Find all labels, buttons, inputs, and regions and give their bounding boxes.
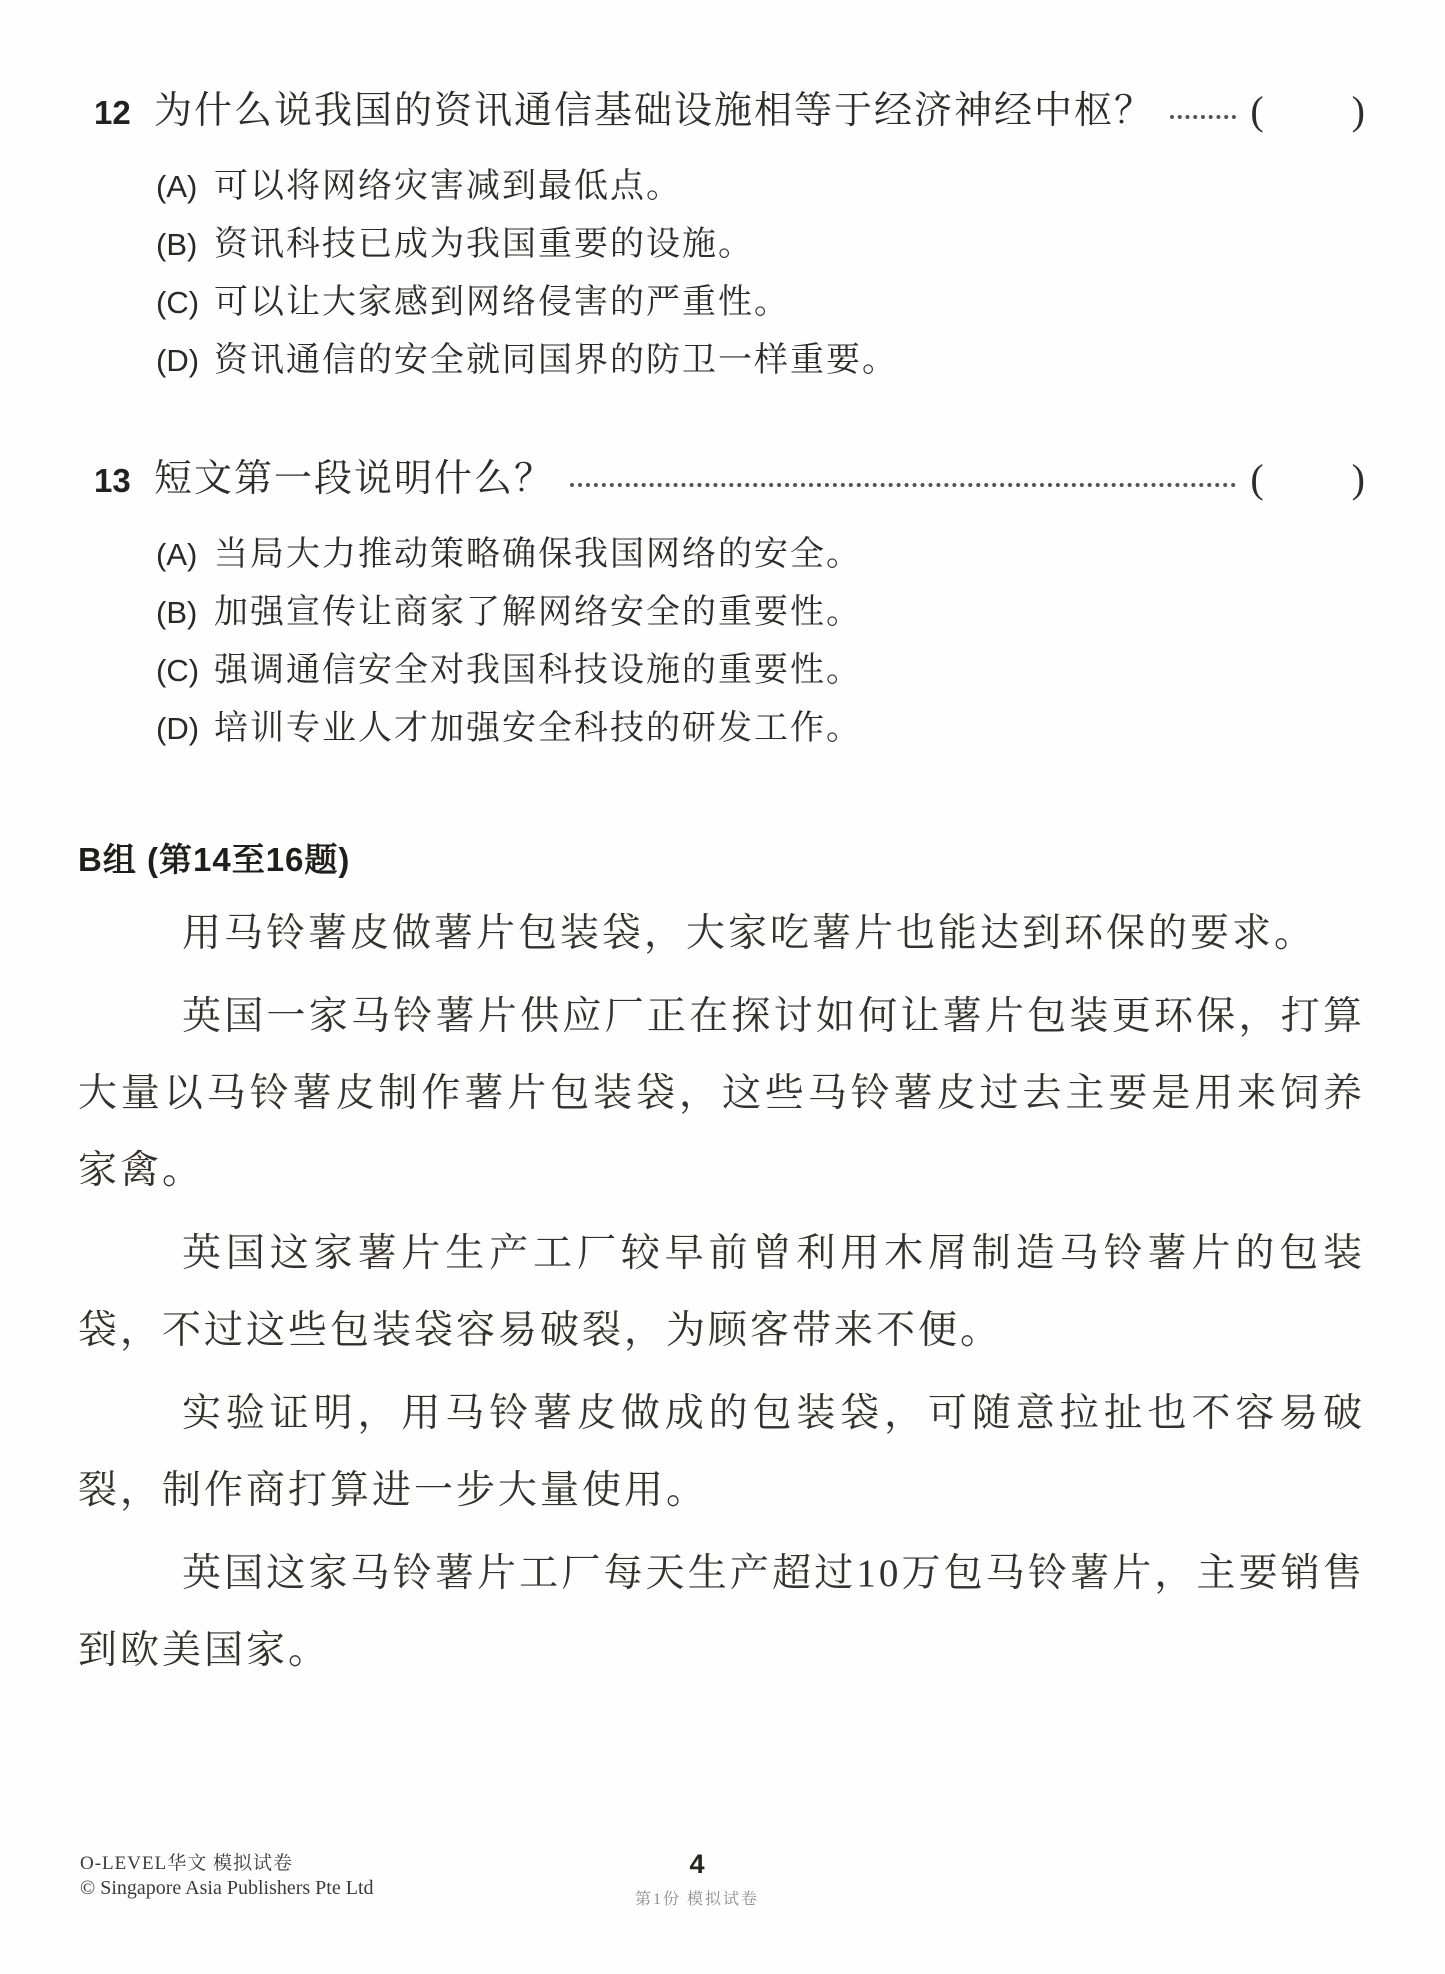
option-text: 强调通信安全对我国科技设施的重要性。	[214, 648, 862, 694]
option-row: (C) 强调通信安全对我国科技设施的重要性。	[156, 648, 1365, 694]
option-text: 培训专业人才加强安全科技的研发工作。	[214, 706, 862, 752]
option-label: (B)	[156, 222, 214, 268]
option-row: (C) 可以让大家感到网络侵害的严重性。	[156, 280, 1365, 326]
option-label: (A)	[156, 164, 214, 210]
exam-page: 12 为什么说我国的资讯通信基础设施相等于经济神经中枢？ () (A) 可以将网…	[0, 0, 1445, 1974]
answer-brackets: ()	[1250, 88, 1365, 134]
question-12-head: 12 为什么说我国的资讯通信基础设施相等于经济神经中枢？ ()	[78, 88, 1365, 134]
question-13-options: (A) 当局大力推动策略确保我国网络的安全。 (B) 加强宣传让商家了解网络安全…	[78, 532, 1365, 752]
open-paren: (	[1250, 88, 1263, 133]
option-row: (A) 可以将网络灾害减到最低点。	[156, 164, 1365, 210]
option-label: (B)	[156, 590, 214, 636]
option-row: (D) 培训专业人才加强安全科技的研发工作。	[156, 706, 1365, 752]
option-text: 资讯科技已成为我国重要的设施。	[214, 222, 754, 268]
option-text: 可以让大家感到网络侵害的严重性。	[214, 280, 790, 326]
passage-paragraph: 英国一家马铃薯片供应厂正在探讨如何让薯片包装更环保，打算大量以马铃薯皮制作薯片包…	[78, 978, 1365, 1209]
section-b-passage: 用马铃薯皮做薯片包装袋，大家吃薯片也能达到环保的要求。 英国一家马铃薯片供应厂正…	[78, 895, 1365, 1689]
option-label: (A)	[156, 532, 214, 578]
question-12-text: 为什么说我国的资讯通信基础设施相等于经济神经中枢？	[154, 90, 1154, 134]
dotted-leader	[570, 483, 1236, 487]
section-b-heading: B组 (第14至16题)	[78, 834, 1365, 881]
option-label: (C)	[156, 648, 214, 694]
question-13: 13 短文第一段说明什么？ () (A) 当局大力推动策略确保我国网络的安全。 …	[78, 456, 1365, 752]
dotted-leader	[1170, 115, 1236, 119]
option-text: 当局大力推动策略确保我国网络的安全。	[214, 532, 862, 578]
open-paren: (	[1250, 456, 1263, 501]
page-number: 4	[557, 1850, 837, 1880]
option-row: (A) 当局大力推动策略确保我国网络的安全。	[156, 532, 1365, 578]
footer-center: 4 第1份 模拟试卷	[557, 1850, 837, 1909]
question-13-number: 13	[94, 462, 138, 500]
option-text: 可以将网络灾害减到最低点。	[214, 164, 682, 210]
question-13-head: 13 短文第一段说明什么？ ()	[78, 456, 1365, 502]
option-row: (B) 加强宣传让商家了解网络安全的重要性。	[156, 590, 1365, 636]
answer-brackets: ()	[1250, 456, 1365, 502]
question-12-options: (A) 可以将网络灾害减到最低点。 (B) 资讯科技已成为我国重要的设施。 (C…	[78, 164, 1365, 384]
page-caption: 第1份 模拟试卷	[557, 1886, 837, 1909]
footer-left: O-LEVEL华文 模拟试卷 © Singapore Asia Publishe…	[80, 1852, 374, 1901]
option-label: (C)	[156, 280, 214, 326]
option-row: (B) 资讯科技已成为我国重要的设施。	[156, 222, 1365, 268]
page-content: 12 为什么说我国的资讯通信基础设施相等于经济神经中枢？ () (A) 可以将网…	[0, 0, 1445, 1689]
option-label: (D)	[156, 338, 214, 384]
option-label: (D)	[156, 706, 214, 752]
option-text: 资讯通信的安全就同国界的防卫一样重要。	[214, 338, 898, 384]
question-12-number: 12	[94, 94, 138, 132]
close-paren: )	[1352, 88, 1365, 133]
passage-paragraph: 用马铃薯皮做薯片包装袋，大家吃薯片也能达到环保的要求。	[78, 895, 1365, 972]
option-row: (D) 资讯通信的安全就同国界的防卫一样重要。	[156, 338, 1365, 384]
question-13-text: 短文第一段说明什么？	[154, 458, 554, 502]
passage-paragraph: 英国这家马铃薯片工厂每天生产超过10万包马铃薯片，主要销售到欧美国家。	[78, 1535, 1365, 1689]
option-text: 加强宣传让商家了解网络安全的重要性。	[214, 590, 862, 636]
passage-paragraph: 实验证明，用马铃薯皮做成的包装袋，可随意拉扯也不容易破裂，制作商打算进一步大量使…	[78, 1375, 1365, 1529]
passage-paragraph: 英国这家薯片生产工厂较早前曾利用木屑制造马铃薯片的包装袋，不过这些包装袋容易破裂…	[78, 1215, 1365, 1369]
footer-copyright: © Singapore Asia Publishers Pte Ltd	[80, 1876, 374, 1901]
footer-series-title: O-LEVEL华文 模拟试卷	[80, 1852, 374, 1876]
close-paren: )	[1352, 456, 1365, 501]
question-12: 12 为什么说我国的资讯通信基础设施相等于经济神经中枢？ () (A) 可以将网…	[78, 88, 1365, 384]
